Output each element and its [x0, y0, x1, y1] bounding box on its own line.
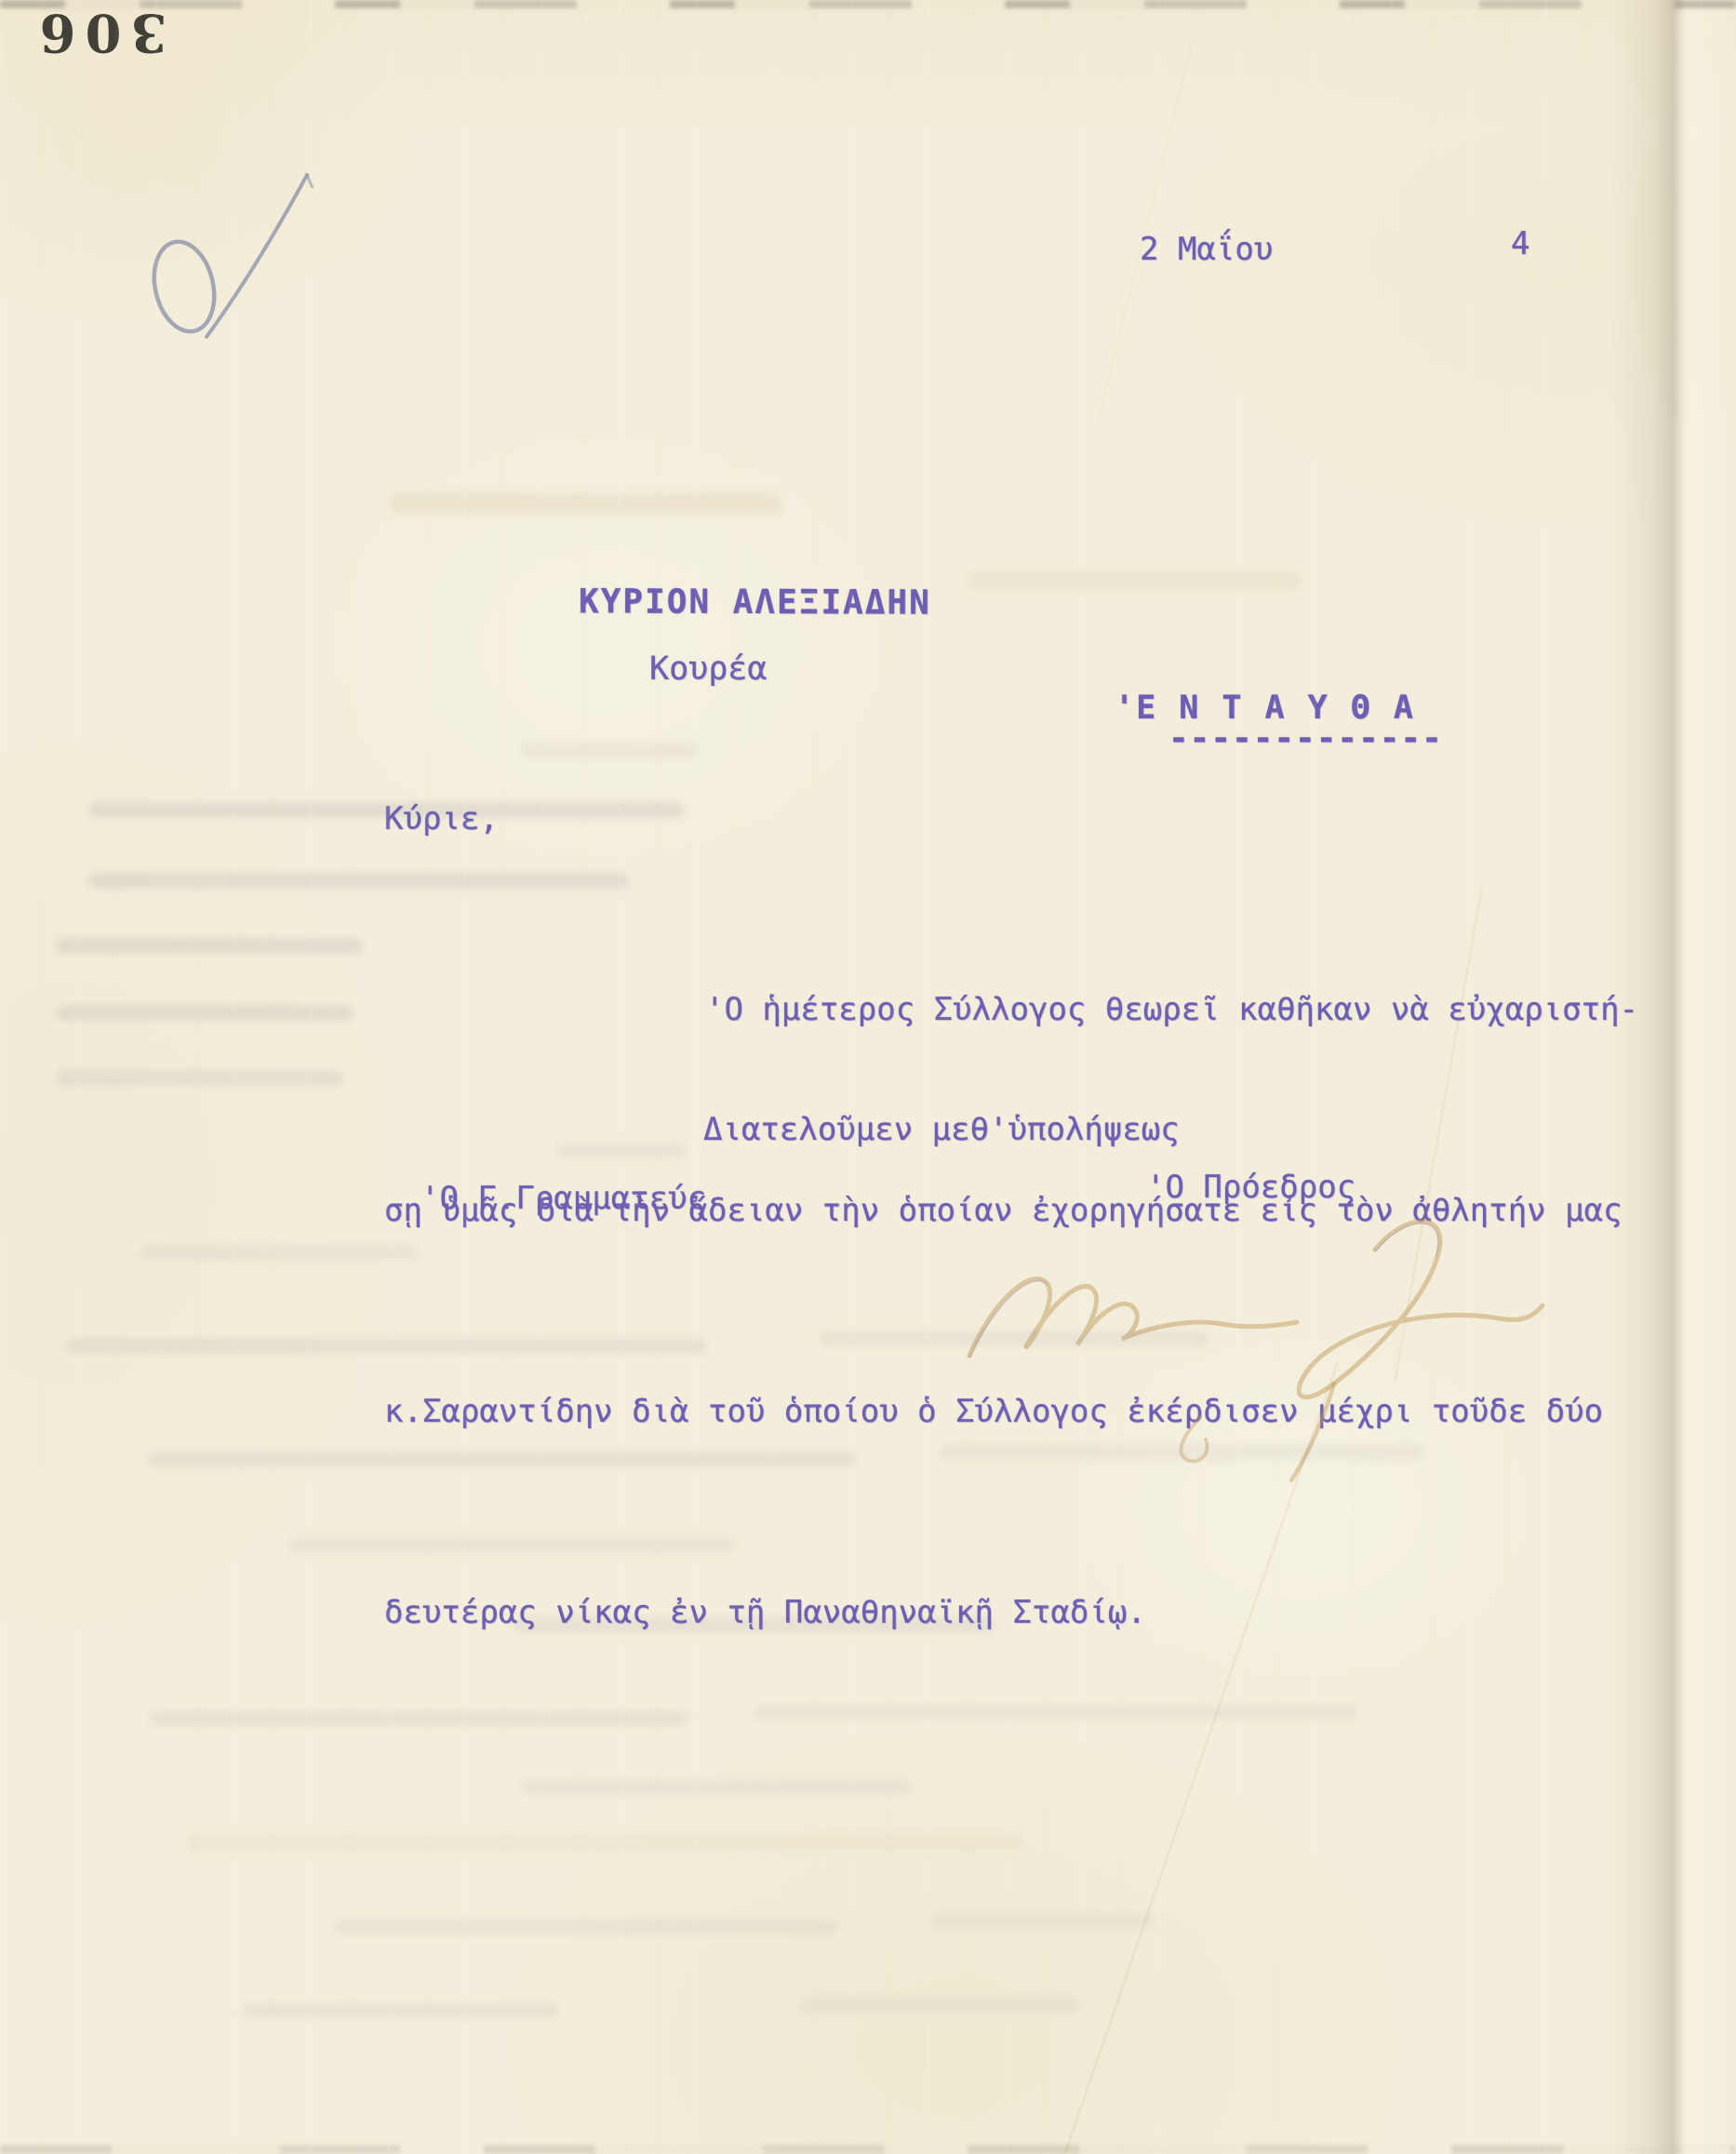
bleed-smudge [391, 493, 781, 514]
body-line: δευτέρας νίκας ἐν τῇ Παναθηναϊκῇ Σταδίῳ. [384, 1579, 1687, 1646]
bleed-smudge [335, 1919, 837, 1934]
page-number: 4 [1511, 225, 1529, 263]
date: 2 Μαΐου [1140, 231, 1273, 269]
bleed-smudge [800, 1997, 1079, 2013]
bleed-smudge [968, 571, 1302, 590]
archive-number-stamp: 306 [15, 2, 182, 63]
bleed-smudge [242, 2002, 558, 2018]
bleed-smudge [930, 1913, 1154, 1929]
bleed-smudge [56, 1005, 354, 1021]
closing-formula: Διατελοῦμεν μεθ'ὑπολήψεως [703, 1111, 1180, 1149]
bleed-smudge [140, 1245, 419, 1261]
bleed-smudge [88, 802, 684, 818]
bleed-smudge [186, 1833, 1023, 1852]
bleed-smudge [88, 873, 628, 889]
bleed-smudge [56, 1070, 344, 1086]
pencil-mark [110, 167, 333, 363]
recipient-occupation: Κουρέα [649, 649, 767, 689]
bleed-smudge [819, 1331, 1209, 1346]
page-edge-bottom [0, 2145, 1736, 2154]
bleed-smudge [940, 1444, 1423, 1460]
bleed-smudge [521, 743, 698, 758]
bleed-smudge [288, 1537, 735, 1553]
recipient-city-underline: ------------- [1168, 718, 1443, 758]
body-line: 'Ο ἡμέτερος Σύλλογος θεωρεῖ καθῆκαν νὰ ε… [384, 976, 1687, 1043]
bleed-smudge [754, 1705, 1358, 1720]
bleed-smudge [56, 938, 363, 954]
bleed-smudge [149, 1452, 856, 1467]
bleed-smudge [65, 1338, 707, 1354]
recipient-name: ΚΥΡΙΟΝ ΑΛΕΞΙΑΔΗΝ [579, 582, 931, 623]
bleed-smudge [512, 1617, 995, 1633]
page-edge-top [0, 0, 1736, 8]
scanned-letter-page: 306 2 Μαΐου 4 ΚΥΡΙΟΝ ΑΛΕΞΙΑΔΗΝ Κουρέα 'Ε… [0, 0, 1736, 2154]
bleed-smudge [521, 1779, 912, 1795]
bleed-smudge [556, 1143, 687, 1158]
secretary-title: 'Ο Γ.Γραμματεύς [421, 1180, 706, 1218]
bleed-smudge [149, 1710, 688, 1726]
